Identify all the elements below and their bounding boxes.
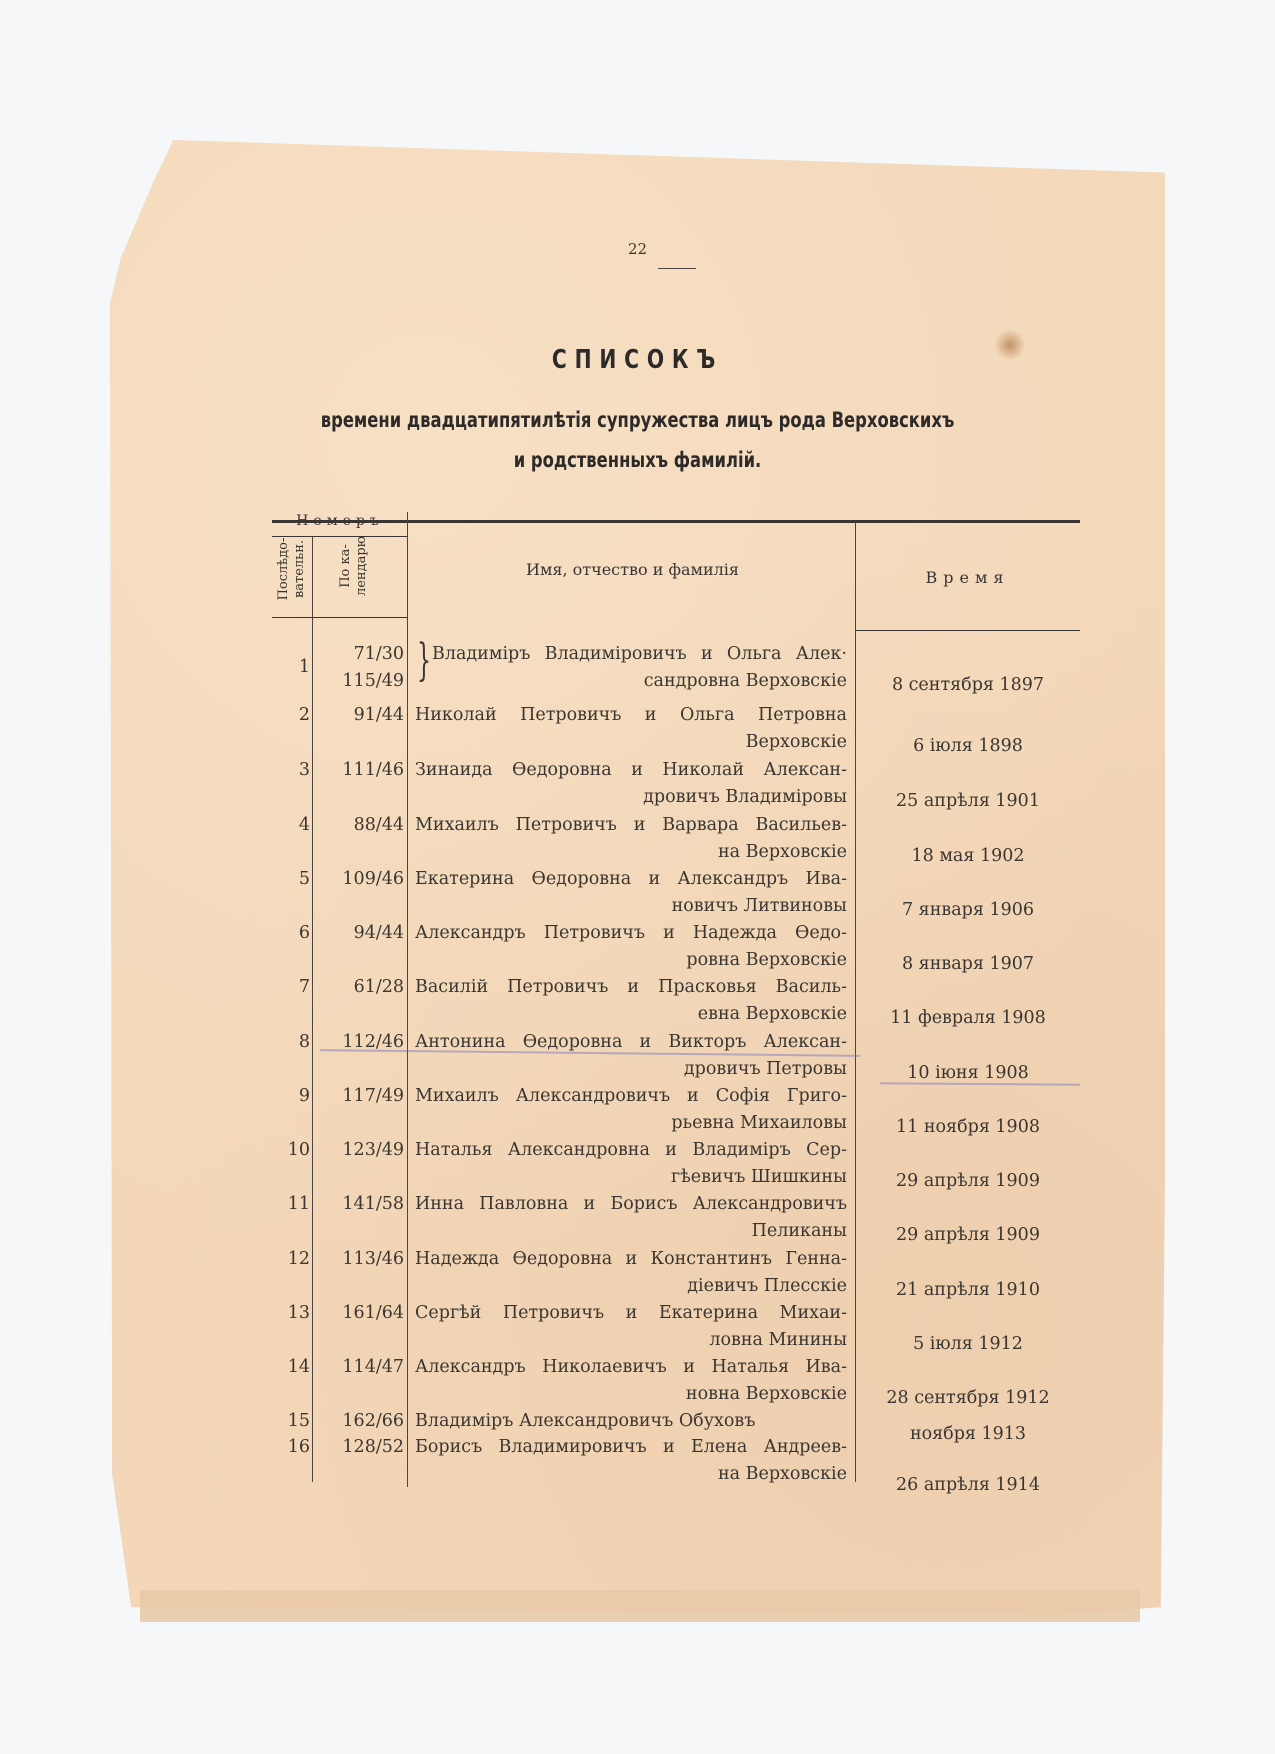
row-name-line: Зинаида Өедоровна и Николай Алексан- bbox=[415, 757, 847, 784]
row-name-line: гѣевичъ Шишкины bbox=[415, 1164, 847, 1191]
row-seq-number: 6 bbox=[262, 920, 310, 947]
brace-glyph: } bbox=[417, 636, 431, 686]
row-seq-number: 9 bbox=[262, 1083, 310, 1110]
row-names: Наталья Александровна и Владиміръ Сер-гѣ… bbox=[415, 1137, 847, 1191]
row-calendar-number: 162/66 bbox=[318, 1408, 404, 1435]
row-calendar-number: 88/44 bbox=[318, 812, 404, 839]
row-date: 7 января 1906 bbox=[862, 897, 1074, 924]
row-calendar-number: 161/64 bbox=[318, 1300, 404, 1327]
column-divider-name bbox=[855, 522, 856, 1482]
header-bottom-rule-right bbox=[855, 630, 1080, 631]
row-calendar-number: 111/46 bbox=[318, 757, 404, 784]
row-calendar-number: 61/28 bbox=[318, 974, 404, 1001]
header-by-calendar-line-2: лендарю bbox=[354, 524, 370, 608]
row-name-line: Александръ Николаевичъ и Наталья Ива- bbox=[415, 1354, 847, 1381]
row-calendar-number: 94/44 bbox=[318, 920, 404, 947]
row-date: 21 апрѣля 1910 bbox=[862, 1277, 1074, 1304]
row-name-line: Василій Петровичъ и Прасковья Василь- bbox=[415, 974, 847, 1001]
row-calendar-number: 117/49 bbox=[318, 1083, 404, 1110]
row-name-line: Сергѣй Петровичъ и Екатерина Михаи- bbox=[415, 1300, 847, 1327]
row-name-line: ровна Верховскіе bbox=[415, 947, 847, 974]
row-name-line: Верховскіе bbox=[415, 729, 847, 756]
row-date: 5 іюля 1912 bbox=[862, 1331, 1074, 1358]
row-name-line: Наталья Александровна и Владиміръ Сер- bbox=[415, 1137, 847, 1164]
row-date: 18 мая 1902 bbox=[862, 843, 1074, 870]
page-number: 22 bbox=[0, 240, 1275, 258]
header-name: Имя, отчество и фамилія bbox=[410, 560, 855, 579]
row-date: 26 апрѣля 1914 bbox=[862, 1472, 1074, 1499]
row-seq-number: 13 bbox=[262, 1300, 310, 1327]
row-calendar-number: 141/58 bbox=[318, 1191, 404, 1218]
header-date: Время bbox=[855, 568, 1080, 587]
row-names: Михаилъ Петровичъ и Варвара Васильев-на … bbox=[415, 812, 847, 866]
row-calendar-number: 128/52 bbox=[318, 1434, 404, 1461]
row-date: 6 іюля 1898 bbox=[862, 733, 1074, 760]
row-name-line: Михаилъ Александровичъ и Софія Григо- bbox=[415, 1083, 847, 1110]
document-subtitle-line-1: времени двадцатипятилѣтія супружества ли… bbox=[140, 408, 1135, 432]
row-name-line: Пеликаны bbox=[415, 1218, 847, 1245]
row-names: Владиміръ Владиміровичъ и Ольга Алек·сан… bbox=[432, 641, 847, 695]
row-names: Александръ Николаевичъ и Наталья Ива-нов… bbox=[415, 1354, 847, 1408]
row-seq-number: 11 bbox=[262, 1191, 310, 1218]
row-name-line: Борисъ Владимировичъ и Елена Андреев- bbox=[415, 1434, 847, 1461]
row-names: Зинаида Өедоровна и Николай Алексан-дров… bbox=[415, 757, 847, 811]
row-seq-number: 14 bbox=[262, 1354, 310, 1381]
row-date: ноября 1913 bbox=[862, 1421, 1074, 1448]
row-names: Сергѣй Петровичъ и Екатерина Михаи-ловна… bbox=[415, 1300, 847, 1354]
row-name-line: на Верховскіе bbox=[415, 839, 847, 866]
row-names: Надежда Өедоровна и Константинъ Генна-ді… bbox=[415, 1246, 847, 1300]
row-names: Инна Павловна и Борисъ АлександровичъПел… bbox=[415, 1191, 847, 1245]
row-calendar-number: 114/47 bbox=[318, 1354, 404, 1381]
row-names: Михаилъ Александровичъ и Софія Григо-рье… bbox=[415, 1083, 847, 1137]
row-date: 25 апрѣля 1901 bbox=[862, 788, 1074, 815]
header-sequential-line-2: вательн. bbox=[292, 523, 308, 615]
row-name-line: дровичъ Владиміровы bbox=[415, 784, 847, 811]
row-seq-number: 7 bbox=[262, 974, 310, 1001]
row-seq-number: 15 bbox=[262, 1408, 310, 1435]
row-seq-number: 4 bbox=[262, 812, 310, 839]
torn-bottom-edge bbox=[140, 1590, 1140, 1622]
row-name-line: діевичъ Плесскіе bbox=[415, 1273, 847, 1300]
column-divider-cal bbox=[407, 512, 408, 1487]
column-divider-seq bbox=[312, 537, 313, 1482]
row-name-line: Екатерина Өедоровна и Александръ Ива- bbox=[415, 866, 847, 893]
row-names: Александръ Петровичъ и Надежда Өедо-ровн… bbox=[415, 920, 847, 974]
row-name-line: Инна Павловна и Борисъ Александровичъ bbox=[415, 1191, 847, 1218]
row-calendar-number: 115/49 bbox=[318, 668, 404, 695]
row-seq-number: 2 bbox=[262, 702, 310, 729]
row-date: 8 сентября 1897 bbox=[862, 672, 1074, 699]
row-name-line: дровичъ Петровы bbox=[415, 1056, 847, 1083]
row-seq-number: 12 bbox=[262, 1246, 310, 1273]
row-name-line: Владиміръ Александровичъ Обуховъ bbox=[415, 1408, 847, 1435]
row-seq-number: 16 bbox=[262, 1434, 310, 1461]
row-calendar-number: 113/46 bbox=[318, 1246, 404, 1273]
page-number-rule bbox=[658, 268, 696, 269]
row-names: Владиміръ Александровичъ Обуховъ bbox=[415, 1408, 847, 1435]
document-title: СПИСОКЪ bbox=[140, 345, 1135, 375]
row-date: 28 сентября 1912 bbox=[862, 1385, 1074, 1412]
row-date: 11 ноября 1908 bbox=[862, 1114, 1074, 1141]
row-calendar-number: 71/30 bbox=[318, 641, 404, 668]
row-calendar-number: 91/44 bbox=[318, 702, 404, 729]
row-seq-number: 1 bbox=[262, 654, 310, 681]
header-bottom-rule bbox=[272, 617, 407, 618]
header-sequential-line-1: Послѣдо- bbox=[276, 523, 292, 615]
header-by-calendar: По ка- лендарю bbox=[338, 524, 370, 608]
row-calendar-number: 123/49 bbox=[318, 1137, 404, 1164]
row-names: Борисъ Владимировичъ и Елена Андреев-на … bbox=[415, 1434, 847, 1488]
row-date: 8 января 1907 bbox=[862, 951, 1074, 978]
row-calendar-number: 109/46 bbox=[318, 866, 404, 893]
row-name-line: новичъ Литвиновы bbox=[415, 893, 847, 920]
header-sequential: Послѣдо- вательн. bbox=[276, 523, 308, 615]
row-seq-number: 3 bbox=[262, 757, 310, 784]
row-name-line: Николай Петровичъ и Ольга Петровна bbox=[415, 702, 847, 729]
row-name-line: Надежда Өедоровна и Константинъ Генна- bbox=[415, 1246, 847, 1273]
row-name-line: евна Верховскіе bbox=[415, 1001, 847, 1028]
row-calendar-number: 112/46 bbox=[318, 1029, 404, 1056]
row-names: Николай Петровичъ и Ольга ПетровнаВерхов… bbox=[415, 702, 847, 756]
row-names: Василій Петровичъ и Прасковья Василь-евн… bbox=[415, 974, 847, 1028]
row-name-line: Михаилъ Петровичъ и Варвара Васильев- bbox=[415, 812, 847, 839]
row-name-line: Владиміръ Владиміровичъ и Ольга Алек· bbox=[432, 641, 847, 668]
row-seq-number: 5 bbox=[262, 866, 310, 893]
row-name-line: рьевна Михаиловы bbox=[415, 1110, 847, 1137]
row-date: 11 февраля 1908 bbox=[862, 1005, 1074, 1032]
row-seq-number: 10 bbox=[262, 1137, 310, 1164]
row-date: 29 апрѣля 1909 bbox=[862, 1222, 1074, 1249]
row-names: Екатерина Өедоровна и Александръ Ива-нов… bbox=[415, 866, 847, 920]
row-seq-number: 8 bbox=[262, 1029, 310, 1056]
row-name-line: новна Верховскіе bbox=[415, 1381, 847, 1408]
row-date: 29 апрѣля 1909 bbox=[862, 1168, 1074, 1195]
header-by-calendar-line-1: По ка- bbox=[338, 524, 354, 608]
row-name-line: на Верховскіе bbox=[415, 1461, 847, 1488]
document-subtitle-line-2: и родственныхъ фамилій. bbox=[140, 448, 1135, 472]
row-name-line: Александръ Петровичъ и Надежда Өедо- bbox=[415, 920, 847, 947]
row-name-line: ловна Минины bbox=[415, 1327, 847, 1354]
row-name-line: сандровна Верховскіе bbox=[432, 668, 847, 695]
